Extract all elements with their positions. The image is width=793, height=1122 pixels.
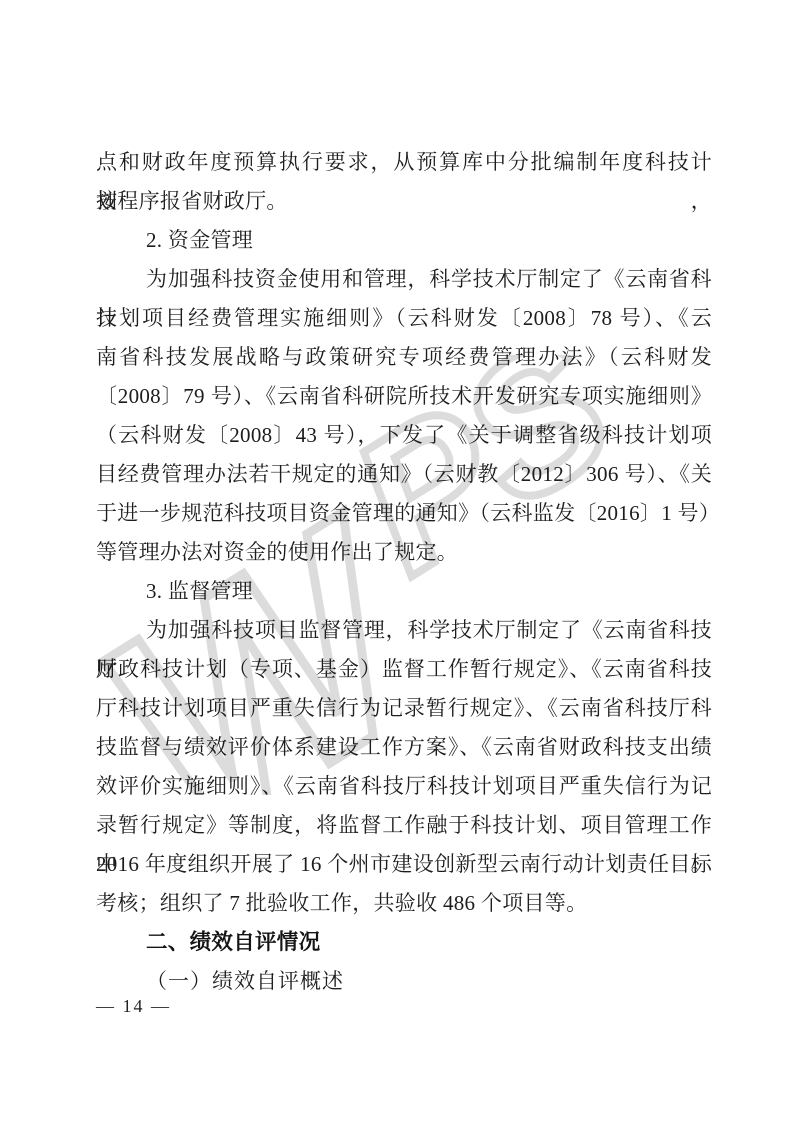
body-line: 计划项目经费管理实施细则》（云科财发〔2008〕78 号）、《云 [96, 299, 712, 338]
body-line: 南省科技发展战略与政策研究专项经费管理办法》（云科财发 [96, 338, 712, 377]
page-content: 点和财政年度预算执行要求，从预算库中分批编制年度科技计划， 按程序报省财政厅。 … [96, 143, 712, 1001]
body-line: 技监督与绩效评价体系建设工作方案》、《云南省财政科技支出绩 [96, 728, 712, 767]
document-page: W PS 点和财政年度预算执行要求，从预算库中分批编制年度科技计划， 按程序报省… [0, 0, 793, 1122]
numbered-heading: 3. 监督管理 [96, 572, 712, 611]
body-line: 为加强科技项目监督管理，科学技术厅制定了《云南省科技厅 [96, 611, 712, 650]
subsection-heading: （一）绩效自评概述 [96, 962, 712, 1001]
body-line: 2016 年度组织开展了 16 个州市建设创新型云南行动计划责任目标 [96, 845, 712, 884]
body-line: 为加强科技资金使用和管理，科学技术厅制定了《云南省科技 [96, 260, 712, 299]
body-line: 目经费管理办法若干规定的通知》（云财教〔2012〕306 号）、《关 [96, 455, 712, 494]
body-line: 点和财政年度预算执行要求，从预算库中分批编制年度科技计划， [96, 143, 712, 182]
numbered-heading: 2. 资金管理 [96, 221, 712, 260]
body-line: 效评价实施细则》、《云南省科技厅科技计划项目严重失信行为记 [96, 767, 712, 806]
page-number: — 14 — [96, 993, 171, 1019]
body-line: 于进一步规范科技项目资金管理的通知》（云科监发〔2016〕1 号） [96, 494, 712, 533]
body-line: 等管理办法对资金的使用作出了规定。 [96, 533, 712, 572]
body-line: 财政科技计划（专项、基金）监督工作暂行规定》、《云南省科技 [96, 650, 712, 689]
body-line: 录暂行规定》等制度，将监督工作融于科技计划、项目管理工作中。 [96, 806, 712, 845]
section-heading: 二、绩效自评情况 [96, 923, 712, 962]
body-line: 〔2008〕79 号）、《云南省科研院所技术开发研究专项实施细则》 [96, 377, 712, 416]
body-line: 考核；组织了 7 批验收工作，共验收 486 个项目等。 [96, 884, 712, 923]
body-line: 厅科技计划项目严重失信行为记录暂行规定》、《云南省科技厅科 [96, 689, 712, 728]
body-line: （云科财发〔2008〕43 号），下发了《关于调整省级科技计划项 [96, 416, 712, 455]
